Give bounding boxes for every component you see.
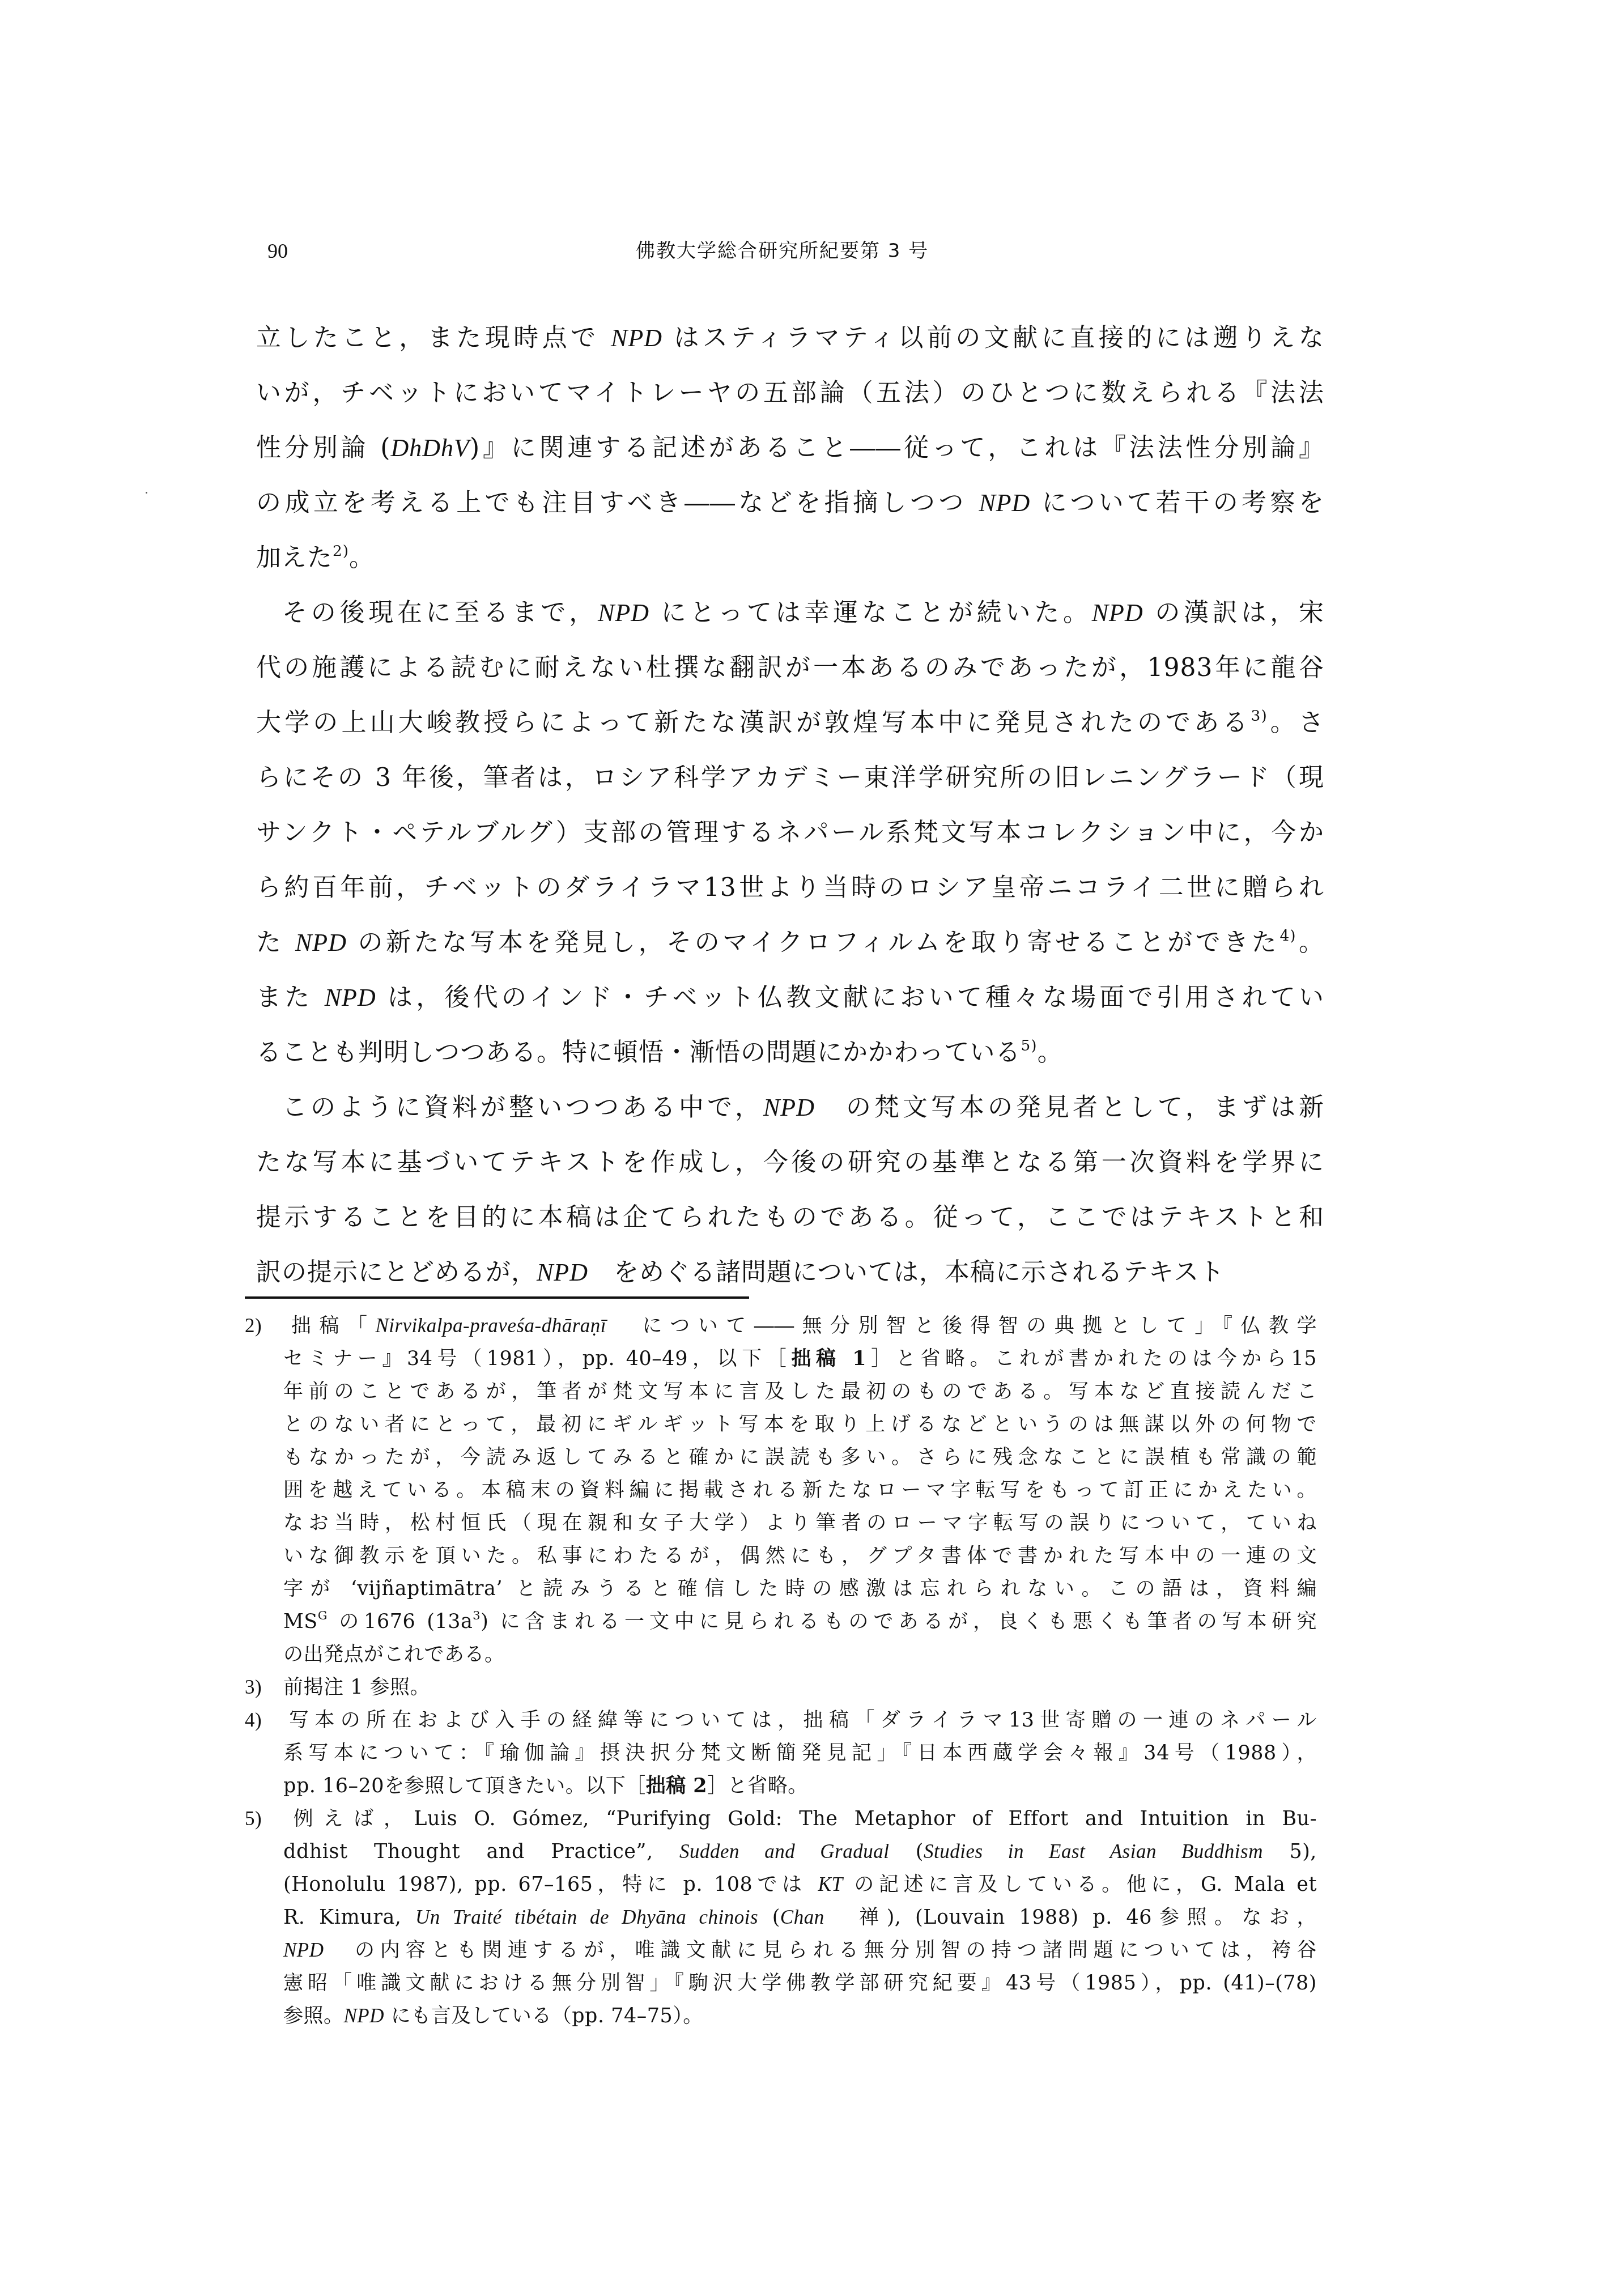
text-run: その後現在に至るまで，	[282, 598, 598, 627]
paragraph: このように資料が整いつつある中で，NPD の梵文写本の発見者として，まずは新たな…	[256, 1080, 1324, 1300]
text-run: について若干の考察を	[1030, 488, 1324, 517]
italic-text: NPD	[283, 1939, 324, 1961]
footnote-line: 2)拙稿「Nirvikalpa-praveśa-dhāraṇī について――無分…	[245, 1309, 1317, 1342]
text-run: 立したこと，また現時点で	[256, 324, 611, 352]
text-line: その後現在に至るまで，NPD にとっては幸運なことが続いた。NPD の漢訳は，宋	[256, 585, 1324, 640]
text-line: 大学の上山大峻教授らによって新たな漢訳が敦煌写本中に発見されたのである3)。さ	[256, 695, 1324, 750]
text-run: らにその 3 年後，筆者は，ロシア科学アカデミー東洋学研究所の旧レニングラード（…	[256, 763, 1324, 792]
italic-text: Studies in East Asian Buddhism	[924, 1840, 1263, 1863]
text-run: いが，チベットにおいてマイトレーヤの五部論（五法）のひとつに数えられる『法法	[256, 379, 1324, 407]
text-run: 5),	[1263, 1840, 1317, 1863]
text-run: ) に含まれる一文中に見られるものであるが，良くも悪くも筆者の写本研究	[481, 1610, 1317, 1633]
italic-text: NPD	[325, 984, 376, 1011]
text-line: たな写本に基づいてテキストを作成し，今後の研究の基準となる第一次資料を学界に	[256, 1135, 1324, 1190]
text-run: の梵文写本の発見者として，まずは新	[815, 1093, 1324, 1122]
bold-text: 拙稿 1	[791, 1347, 866, 1370]
text-run: ddhist Thought and Practice”,	[283, 1840, 679, 1863]
text-run: いな御教示を頂いた。私事にわたるが，偶然にも，グプタ書体で書かれた写本中の一連の…	[283, 1545, 1317, 1567]
text-run: ら約百年前，チベットのダライラマ13世より当時のロシア皇帝ニコライ二世に贈られ	[256, 873, 1324, 902]
text-run: にも言及している（pp. 74–75）。	[384, 2005, 703, 2027]
text-run: セミナー』34号（1981），pp. 40–49，以下［	[283, 1347, 791, 1370]
text-run: 提示することを目的に本稿は企てられたものである。従って，ここではテキストと和	[256, 1203, 1324, 1232]
footnote-line: 年前のことであるが，筆者が梵文写本に言及した最初のものである。写本など直接読んだ…	[245, 1375, 1317, 1408]
footnote-line: ddhist Thought and Practice”, Sudden and…	[245, 1835, 1317, 1868]
footnote-line: MSG の1676 (13a3) に含まれる一文中に見られるものであるが，良くも…	[245, 1605, 1317, 1638]
text-run: もなかったが，今読み返してみると確かに誤読も多い。さらに残念なことに誤植も常識の…	[283, 1446, 1317, 1469]
text-run: とのない者にとって，最初にギルギット写本を取り上げるなどというのは無謀以外の何物…	[283, 1413, 1317, 1436]
text-run: 拙稿「	[283, 1315, 375, 1337]
superscript-note-ref: 3)	[1251, 707, 1268, 725]
text-run: このように資料が整いつつある中で，	[282, 1093, 763, 1122]
text-run: の漢訳は，宋	[1143, 598, 1324, 627]
footnote: 4)写本の所在および入手の経緯等については，拙稿「ダライラマ13世寄贈の一連のネ…	[245, 1704, 1317, 1802]
superscript-note-ref: 2)	[333, 542, 349, 560]
footnote-line: 字が ‘vijñaptimātra’ と読みうると確信した時の感激は忘れられない…	[245, 1572, 1317, 1605]
footnote-line: なお当時，松村恒氏（現在親和女子大学）より筆者のローマ字転写の誤りについて，てい…	[245, 1507, 1317, 1540]
italic-text: KT	[818, 1873, 843, 1895]
text-run: 囲を越えている。本稿末の資料編に掲載される新たなローマ字転写をもって訂正にかえた…	[283, 1479, 1317, 1502]
footnote-number: 4)	[245, 1704, 283, 1737]
text-line: 立したこと，また現時点で NPD はスティラマティ以前の文献に直接的には遡りえな	[256, 311, 1324, 365]
footnote-line: (Honolulu 1987), pp. 67–165，特に p. 108では …	[245, 1868, 1317, 1901]
italic-text: NPD	[763, 1094, 815, 1121]
margin-speck	[146, 492, 147, 494]
footnote-line: 憲昭「唯識文献における無分別智」『駒沢大学佛教学部研究紀要』43号（1985），…	[245, 1967, 1317, 2000]
text-run: 参照。	[283, 2005, 344, 2027]
superscript-note-ref: 3	[473, 1609, 481, 1622]
text-line: 代の施護による読むに耐えない杜撰な翻訳が一本あるのみであったが，1983年に龍谷	[256, 640, 1324, 695]
text-run: 。	[1038, 1038, 1063, 1067]
footnote-line: いな御教示を頂いた。私事にわたるが，偶然にも，グプタ書体で書かれた写本中の一連の…	[245, 1540, 1317, 1572]
footnote: 5)例えば，Luis O. Gómez, “Purifying Gold: Th…	[245, 1802, 1317, 2033]
footnote-line: 3)前掲注 1 参照。	[245, 1671, 1317, 1704]
main-text: 立したこと，また現時点で NPD はスティラマティ以前の文献に直接的には遡りえな…	[256, 311, 1324, 1300]
text-line: いが，チベットにおいてマイトレーヤの五部論（五法）のひとつに数えられる『法法	[256, 365, 1324, 420]
text-line: また NPD は，後代のインド・チベット仏教文献において種々な場面で引用されてい	[256, 970, 1324, 1025]
text-line: 訳の提示にとどめるが，NPD をめぐる諸問題については，本稿に示されるテキスト	[256, 1245, 1324, 1300]
italic-text: NPD	[598, 599, 649, 627]
footnote-number: 2)	[245, 1309, 283, 1342]
text-run: について――無分別智と後得智の典拠として」『仏教学	[606, 1315, 1317, 1337]
text-run: )』に関連する記述があること――従って，これは『法法性分別論』	[470, 433, 1324, 462]
italic-text: NPD	[611, 324, 662, 352]
text-run: の1676 (13a	[328, 1610, 473, 1633]
text-run: 写本の所在および入手の経緯等については，拙稿「ダライラマ13世寄贈の一連のネパー…	[283, 1709, 1317, 1732]
footnote-line: の出発点がこれである。	[245, 1638, 1317, 1671]
running-header-journal-title: 佛教大学総合研究所紀要第 3 号	[636, 237, 929, 265]
text-run: の出発点がこれである。	[283, 1643, 505, 1666]
footnote-line: とのない者にとって，最初にギルギット写本を取り上げるなどというのは無謀以外の何物…	[245, 1408, 1317, 1441]
text-run: 例えば，Luis O. Gómez, “Purifying Gold: The …	[283, 1808, 1317, 1830]
footnote-line: NPD の内容とも関連するが，唯識文献に見られる無分別智の持つ諸問題については，…	[245, 1934, 1317, 1967]
italic-text: NPD	[537, 1258, 588, 1286]
footnote-line: 4)写本の所在および入手の経緯等については，拙稿「ダライラマ13世寄贈の一連のネ…	[245, 1704, 1317, 1737]
text-line: ることも判明しつつある。特に頓悟・漸悟の問題にかかわっている5)。	[256, 1025, 1324, 1080]
footnote: 2)拙稿「Nirvikalpa-praveśa-dhāraṇī について――無分…	[245, 1309, 1317, 1671]
page-number: 90	[267, 237, 288, 265]
footnote-line: pp. 16–20を参照して頂きたい。以下［拙稿 2］と省略。	[245, 1770, 1317, 1802]
text-run: ］と省略。	[707, 1775, 808, 1797]
text-run: 。さ	[1268, 708, 1324, 737]
text-run: pp. 16–20を参照して頂きたい。以下［	[283, 1775, 646, 1797]
italic-text: DhDhV	[390, 434, 469, 462]
text-run: また	[256, 983, 325, 1012]
footnotes-section: 2)拙稿「Nirvikalpa-praveśa-dhāraṇī について――無分…	[245, 1309, 1317, 2033]
footnote-line: セミナー』34号（1981），pp. 40–49，以下［拙稿 1］と省略。これが…	[245, 1342, 1317, 1375]
text-run: は，後代のインド・チベット仏教文献において種々な場面で引用されてい	[376, 983, 1324, 1012]
text-run: (	[889, 1840, 924, 1863]
text-run: 訳の提示にとどめるが，	[256, 1258, 537, 1287]
text-run: ることも判明しつつある。特に頓悟・漸悟の問題にかかわっている	[256, 1038, 1021, 1067]
text-run: の成立を考える上でも注目すべき――などを指摘しつつ	[256, 488, 979, 517]
text-run: 字が ‘vijñaptimātra’ と読みうると確信した時の感激は忘れられない…	[283, 1578, 1317, 1600]
text-line: の成立を考える上でも注目すべき――などを指摘しつつ NPD について若干の考察を	[256, 475, 1324, 530]
italic-text: NPD	[1092, 599, 1143, 627]
footnote-line: R. Kimura, Un Traité tibétain de Dhyāna …	[245, 1901, 1317, 1934]
text-run: MS	[283, 1610, 318, 1633]
footnote-separator-rule	[245, 1296, 749, 1299]
footnote-line: 系写本について：『瑜伽論』摂決択分梵文断簡発見記」『日本西蔵学会々報』34号（1…	[245, 1737, 1317, 1770]
text-run: 憲昭「唯識文献における無分別智」『駒沢大学佛教学部研究紀要』43号（1985），…	[283, 1972, 1317, 1995]
text-run: 。	[349, 543, 375, 572]
italic-text: Un Traité tibétain de Dhyāna chinois	[415, 1906, 758, 1928]
paragraph: 立したこと，また現時点で NPD はスティラマティ以前の文献に直接的には遡りえな…	[256, 311, 1324, 585]
italic-text: NPD	[979, 489, 1030, 517]
text-line: 性分別論 (DhDhV)』に関連する記述があること――従って，これは『法法性分別…	[256, 420, 1324, 475]
text-run: サンクト・ペテルブルグ）支部の管理するネパール系梵文写本コレクション中に，今か	[256, 818, 1324, 847]
text-run: の内容とも関連するが，唯識文献に見られる無分別智の持つ諸問題については，袴谷	[324, 1939, 1317, 1962]
text-run: 禅), (Louvain 1988) p. 46参照。なお，	[824, 1906, 1317, 1929]
footnote-line: もなかったが，今読み返してみると確かに誤読も多い。さらに残念なことに誤植も常識の…	[245, 1441, 1317, 1474]
footnote-line: 5)例えば，Luis O. Gómez, “Purifying Gold: Th…	[245, 1802, 1317, 1835]
text-run: の新たな写本を発見し，そのマイクロフィルムを取り寄せることができた	[347, 928, 1279, 957]
text-run: なお当時，松村恒氏（現在親和女子大学）より筆者のローマ字転写の誤りについて，てい…	[283, 1512, 1317, 1534]
text-run: (Honolulu 1987), pp. 67–165，特に p. 108では	[283, 1873, 818, 1896]
text-run: 。	[1296, 928, 1324, 957]
text-run: の記述に言及している。他に，G. Mala et	[843, 1873, 1317, 1896]
superscript-note-ref: 5)	[1021, 1037, 1038, 1055]
bold-text: 拙稿 2	[646, 1774, 708, 1797]
superscript-note-ref: 4)	[1279, 927, 1296, 945]
footnote-line: 囲を越えている。本稿末の資料編に掲載される新たなローマ字転写をもって訂正にかえた…	[245, 1474, 1317, 1507]
text-run: (	[758, 1906, 780, 1929]
paragraph: その後現在に至るまで，NPD にとっては幸運なことが続いた。NPD の漢訳は，宋…	[256, 585, 1324, 1080]
text-run: 年前のことであるが，筆者が梵文写本に言及した最初のものである。写本など直接読んだ…	[283, 1380, 1317, 1403]
text-line: た NPD の新たな写本を発見し，そのマイクロフィルムを取り寄せることができた4…	[256, 915, 1324, 970]
document-page: 90 佛教大学総合研究所紀要第 3 号 立したこと，また現時点で NPD はステ…	[0, 0, 1624, 2296]
text-run: をめぐる諸問題については，本稿に示されるテキスト	[588, 1258, 1225, 1287]
italic-text: Sudden and Gradual	[679, 1840, 889, 1863]
text-run: R. Kimura,	[283, 1906, 415, 1929]
text-run: ］と省略。これが書かれたのは今から15	[866, 1347, 1317, 1370]
italic-text: NPD	[295, 929, 347, 956]
text-run: 系写本について：『瑜伽論』摂決択分梵文断簡発見記」『日本西蔵学会々報』34号（1…	[283, 1742, 1317, 1764]
text-run: 代の施護による読むに耐えない杜撰な翻訳が一本あるのみであったが，1983年に龍谷	[256, 653, 1324, 682]
text-run: にとっては幸運なことが続いた。	[649, 598, 1092, 627]
text-line: 加えた2)。	[256, 530, 1324, 585]
italic-text: NPD	[344, 2005, 385, 2027]
text-run: た	[256, 928, 295, 957]
text-line: 提示することを目的に本稿は企てられたものである。従って，ここではテキストと和	[256, 1190, 1324, 1245]
text-line: サンクト・ペテルブルグ）支部の管理するネパール系梵文写本コレクション中に，今か	[256, 805, 1324, 860]
text-run: 加えた	[256, 543, 333, 572]
text-run: 大学の上山大峻教授らによって新たな漢訳が敦煌写本中に発見されたのである	[256, 708, 1251, 737]
footnote-line: 参照。NPD にも言及している（pp. 74–75）。	[245, 2000, 1317, 2033]
text-run: はスティラマティ以前の文献に直接的には遡りえな	[662, 324, 1324, 352]
superscript-note-ref: G	[318, 1609, 328, 1622]
text-line: ら約百年前，チベットのダライラマ13世より当時のロシア皇帝ニコライ二世に贈られ	[256, 860, 1324, 915]
text-run: 性分別論 (	[256, 433, 390, 462]
text-run: 前掲注 1 参照。	[283, 1676, 430, 1699]
italic-text: Nirvikalpa-praveśa-dhāraṇī	[375, 1315, 606, 1337]
footnote: 3)前掲注 1 参照。	[245, 1671, 1317, 1704]
italic-text: Chan	[780, 1906, 824, 1928]
footnote-number: 5)	[245, 1802, 283, 1835]
text-run: たな写本に基づいてテキストを作成し，今後の研究の基準となる第一次資料を学界に	[256, 1148, 1324, 1177]
text-line: このように資料が整いつつある中で，NPD の梵文写本の発見者として，まずは新	[256, 1080, 1324, 1135]
text-line: らにその 3 年後，筆者は，ロシア科学アカデミー東洋学研究所の旧レニングラード（…	[256, 750, 1324, 805]
footnote-number: 3)	[245, 1671, 283, 1704]
